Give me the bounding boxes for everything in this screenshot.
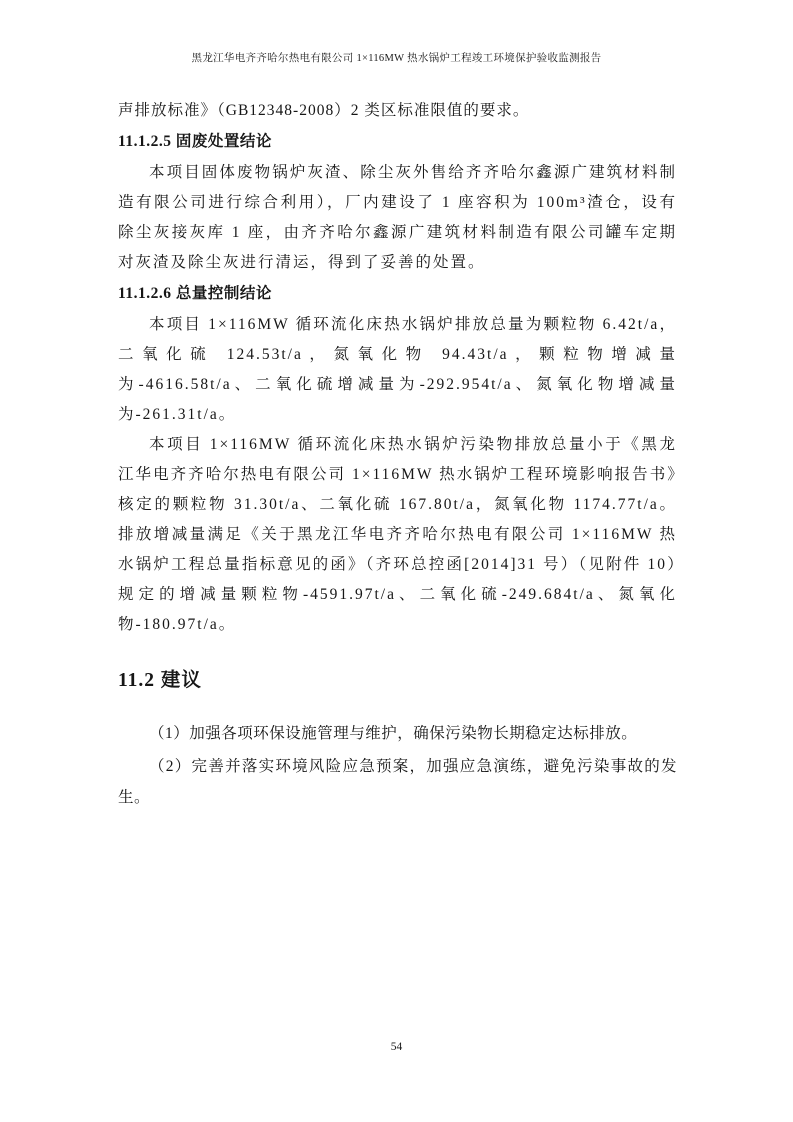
paragraph-emission-comparison: 本项目 1×116MW 循环流化床热水锅炉污染物排放总量小于《黑龙江华电齐齐哈尔… [118, 430, 677, 640]
paragraph-solid-waste: 本项目固体废物锅炉灰渣、除尘灰外售给齐齐哈尔鑫源广建筑材料制造有限公司进行综合利… [118, 158, 677, 278]
document-page: 黑龙江华电齐齐哈尔热电有限公司 1×116MW 热水锅炉工程竣工环境保护验收监测… [0, 0, 793, 1122]
page-number: 54 [0, 1041, 793, 1053]
paragraph-emission-totals: 本项目 1×116MW 循环流化床热水锅炉排放总量为颗粒物 6.42t/a，二氧… [118, 310, 677, 430]
section-heading-solid-waste-conclusion: 11.1.2.5 固废处置结论 [118, 126, 677, 158]
section-heading-total-control-conclusion: 11.1.2.6 总量控制结论 [118, 278, 677, 310]
running-header: 黑龙江华电齐齐哈尔热电有限公司 1×116MW 热水锅炉工程竣工环境保护验收监测… [0, 50, 793, 65]
paragraph-noise-standard-continuation: 声排放标准》（GB12348-2008）2 类区标准限值的要求。 [118, 96, 677, 126]
suggestion-item-2: （2）完善并落实环境风险应急预案，加强应急演练，避免污染事故的发生。 [118, 751, 677, 813]
suggestion-item-1: （1）加强各项环保设施管理与维护，确保污染物长期稳定达标排放。 [118, 718, 677, 749]
chapter-heading-suggestions: 11.2 建议 [118, 666, 677, 696]
page-content: 声排放标准》（GB12348-2008）2 类区标准限值的要求。 11.1.2.… [118, 96, 677, 813]
